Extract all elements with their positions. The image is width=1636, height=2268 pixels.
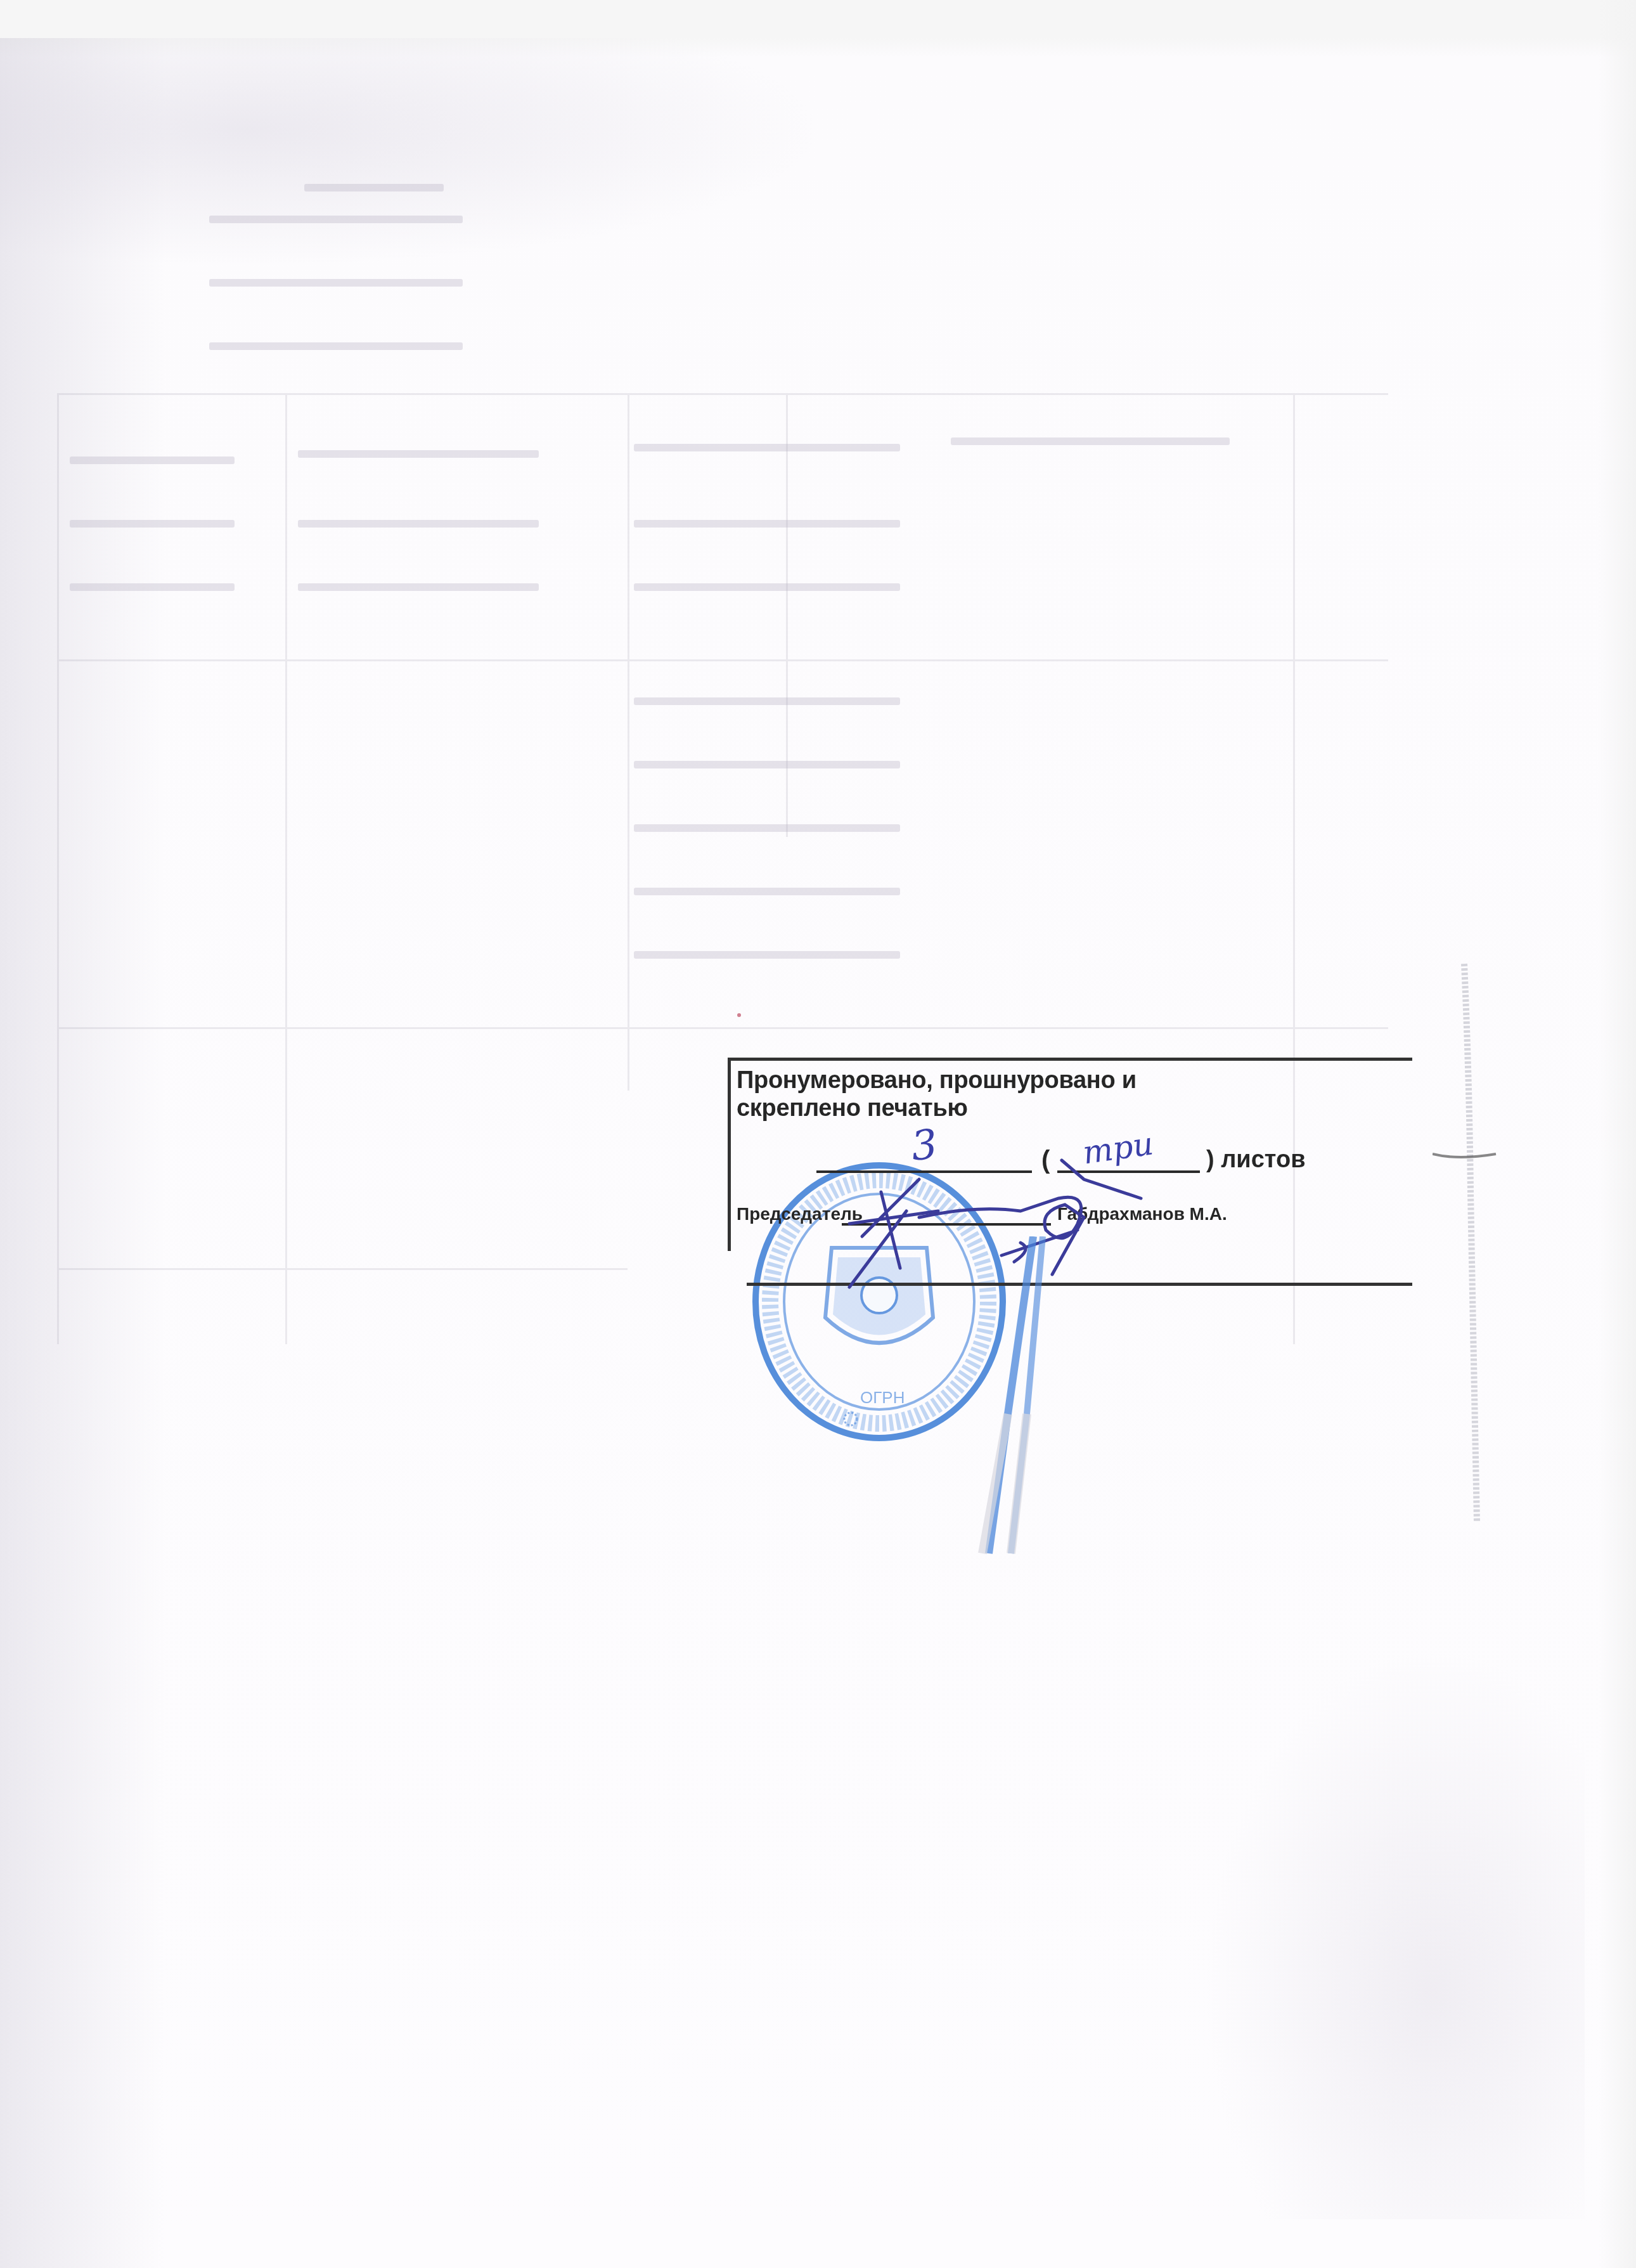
scan-edge-right bbox=[1598, 0, 1636, 2268]
binding-cord-edge-icon bbox=[1433, 951, 1509, 1553]
sheets-label: ) листов bbox=[1206, 1146, 1306, 1174]
certification-line-2: скреплено печатью bbox=[737, 1094, 968, 1122]
svg-text:ОГРН: ОГРН bbox=[860, 1388, 905, 1407]
divider bbox=[728, 1058, 1412, 1061]
scan-shadow-top bbox=[0, 38, 824, 266]
ink-speck bbox=[737, 1013, 741, 1017]
scan-shadow-bottom bbox=[1204, 1649, 1585, 2219]
binding-cord-icon bbox=[938, 1236, 1128, 1566]
scanned-page: ОГРН Пронумеровано, прошнуровано и скреп… bbox=[0, 0, 1636, 2268]
certification-line-1: Пронумеровано, прошнуровано и bbox=[737, 1066, 1137, 1094]
